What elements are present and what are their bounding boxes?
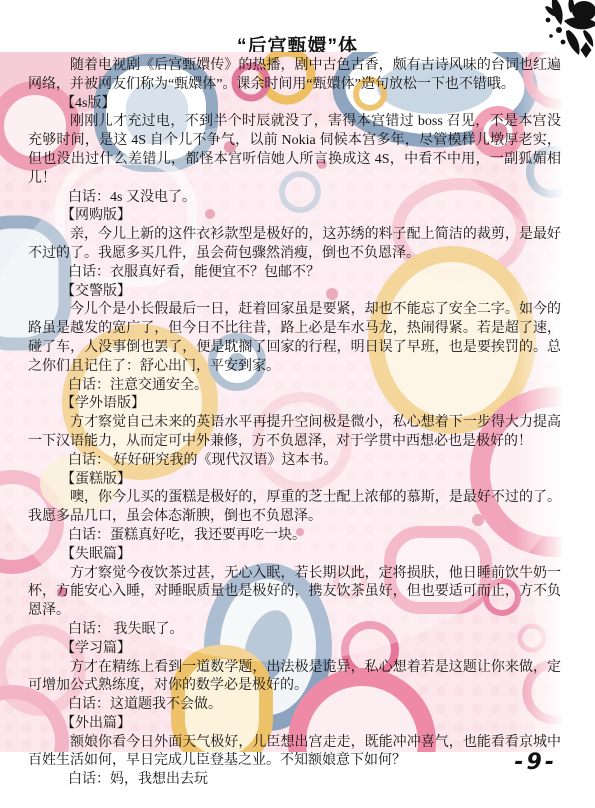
section-body: 亲，今儿上新的这件衣衫款型是极好的，这苏绣的料子配上简洁的裁剪，是最好不过的了。…	[28, 226, 561, 264]
section-header: 【外出篇】	[28, 715, 561, 734]
section-header: 【学习篇】	[28, 640, 561, 659]
section-header: 【交警版】	[28, 283, 561, 302]
section-body: 今儿个是小长假最后一日，赶着回家虽是要紧，却也不能忘了安全二字。如今的路虽是越发…	[28, 301, 561, 376]
article-text: 随着电视剧《后宫甄嬛传》的热播，剧中古色古香，颇有古诗风味的台词也红遍网络，并被…	[28, 57, 561, 790]
section-body: 刚刚儿才充过电，不到半个时辰就没了，害得本宫错过 boss 召见，不是本宫没充够…	[28, 113, 561, 188]
section-baihua: 白话：妈，我想出去玩	[28, 771, 561, 790]
section-baihua: 白话：衣服真好看，能便宜不？包邮不？	[28, 264, 561, 283]
section-baihua: 白话： 我失眠了。	[28, 621, 561, 640]
intro-paragraph: 随着电视剧《后宫甄嬛传》的热播，剧中古色古香，颇有古诗风味的台词也红遍网络，并被…	[28, 57, 561, 95]
page-number: -9-	[514, 750, 557, 775]
book-page: “后宫甄嬛”体	[0, 0, 595, 808]
section-body: 方才在精练上看到一道数学题，出法极是诡异，私心想着若是这题让你来做，定可增加公式…	[28, 659, 561, 697]
section-body: 噢，你今儿买的蛋糕是极好的，厚重的芝士配上浓郁的慕斯，是最好不过的了。我愿多品几…	[28, 489, 561, 527]
section-header: 【网购版】	[28, 207, 561, 226]
section-header: 【学外语版】	[28, 395, 561, 414]
section-header: 【4s版】	[28, 95, 561, 114]
section-body: 方才察觉自己未来的英语水平再提升空间极是微小，私心想着下一步得大力提高一下汉语能…	[28, 414, 561, 452]
sections-container: 【4s版】刚刚儿才充过电，不到半个时辰就没了，害得本宫错过 boss 召见，不是…	[28, 95, 561, 790]
section-baihua: 白话：蛋糕真好吃，我还要再吃一块。	[28, 527, 561, 546]
section-header: 【失眠篇】	[28, 546, 561, 565]
section-baihua: 白话： 好好研究我的《现代汉语》这本书。	[28, 452, 561, 471]
section-header: 【蛋糕版】	[28, 471, 561, 490]
section-baihua: 白话：注意交通安全。	[28, 377, 561, 396]
section-body: 额娘你看今日外面天气极好，儿臣想出宫走走，既能冲冲喜气，也能看看京城中百姓生活如…	[28, 734, 561, 772]
section-baihua: 白话：这道题我不会做。	[28, 696, 561, 715]
section-body: 方才察觉今夜饮茶过甚，无心入眠，若长期以此，定将损肤，他日睡前饮牛奶一杯，方能安…	[28, 565, 561, 621]
section-baihua: 白话：4s 又没电了。	[28, 189, 561, 208]
